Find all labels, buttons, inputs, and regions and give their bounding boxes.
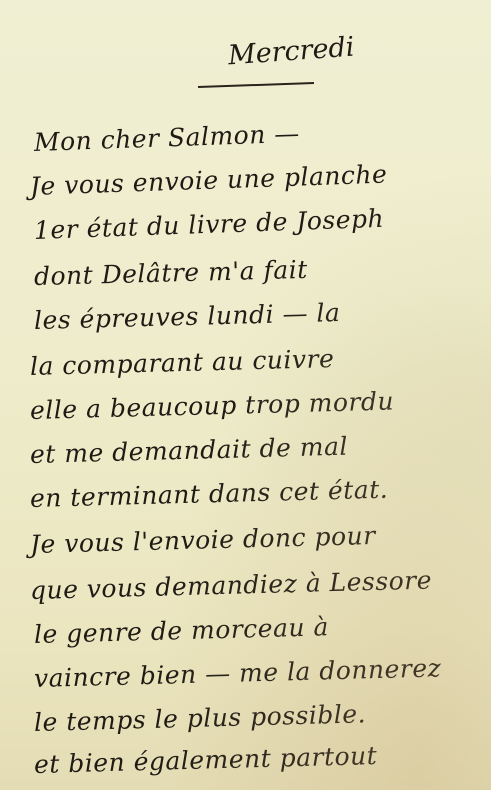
letter-heading: Mercredi <box>227 32 355 72</box>
letter-line-15: et bien également partout <box>34 741 378 779</box>
letter-line-10: Je vous l'envoie donc pour <box>30 521 376 559</box>
letter-line-13: vaincre bien — me la donnerez <box>34 653 442 693</box>
letter-line-8: et me demandait de mal <box>30 432 349 469</box>
letter-line-3: 1er état du livre de Joseph <box>33 204 384 245</box>
letter-line-1: Mon cher Salmon — <box>33 119 300 157</box>
letter-line-7: elle a beaucoup trop mordu <box>30 386 395 425</box>
letter-line-5: les épreuves lundi — la <box>34 298 341 335</box>
letter-line-11: que vous demandiez à Lessore <box>30 565 433 605</box>
letter-line-4: dont Delâtre m'a fait <box>34 255 308 291</box>
heading-underline <box>198 82 314 88</box>
letter-line-6: la comparant au cuivre <box>30 344 335 381</box>
letter-line-9: en terminant dans cet état. <box>30 475 389 513</box>
letter-line-2: Je vous envoie une planche <box>29 160 387 201</box>
letter-line-14: le temps le plus possible. <box>34 699 367 737</box>
letter-line-12: le genre de morceau à <box>34 612 330 649</box>
letter-page: Mercredi Mon cher Salmon — Je vous envoi… <box>0 0 491 790</box>
